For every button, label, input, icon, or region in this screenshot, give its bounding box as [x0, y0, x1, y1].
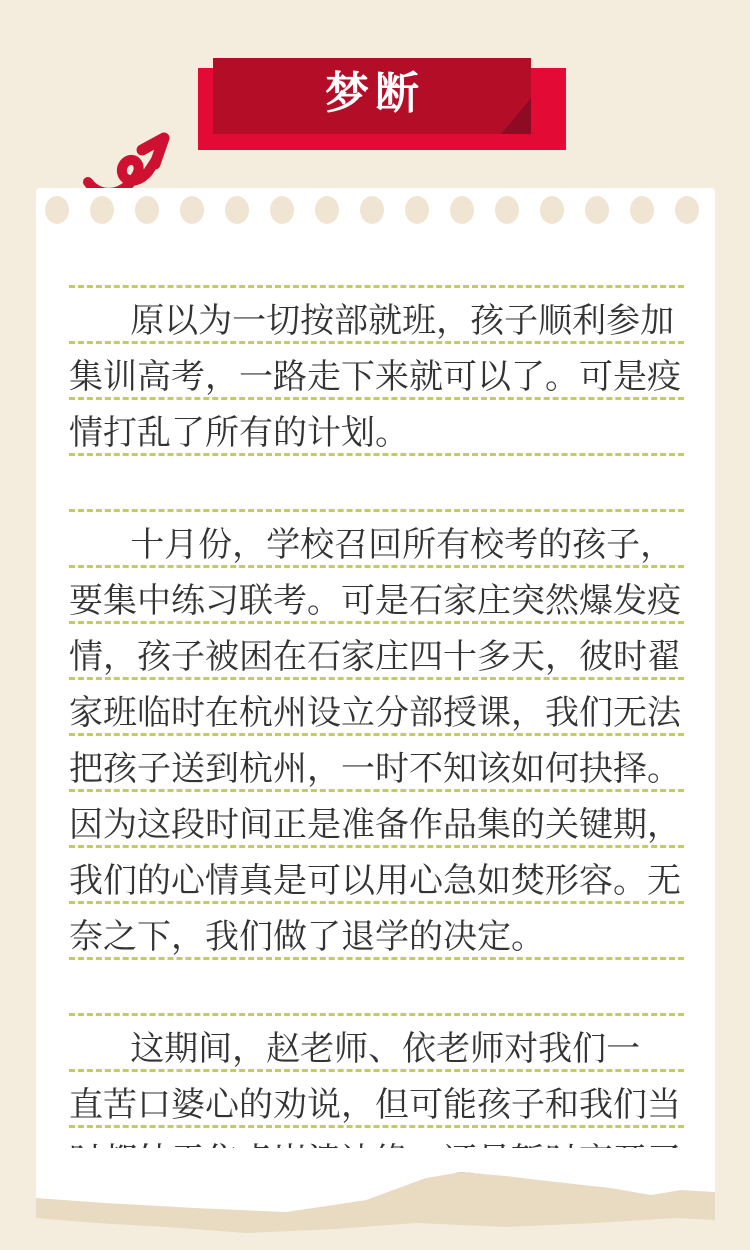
punch-hole — [630, 196, 654, 224]
punch-hole — [675, 196, 699, 224]
section-title: 梦断 — [319, 72, 425, 120]
blank-line — [69, 960, 684, 1016]
text-line: 情打乱了所有的计划。 — [69, 400, 684, 456]
punch-hole — [450, 196, 474, 224]
punch-hole — [315, 196, 339, 224]
article-body: 原以为一切按部就班，孩子顺利参加 集训高考，一路走下来就可以了。可是疫 情打乱了… — [69, 285, 684, 1184]
text-line: 把孩子送到杭州，一时不知该如何抉择。 — [69, 736, 684, 792]
text-line: 集训高考，一路走下来就可以了。可是疫 — [69, 344, 684, 400]
punch-hole — [135, 196, 159, 224]
punch-hole — [90, 196, 114, 224]
text-line: 要集中练习联考。可是石家庄突然爆发疫 — [69, 568, 684, 624]
punch-hole — [585, 196, 609, 224]
punch-hole — [495, 196, 519, 224]
article-page: 梦断 原以为一切按部就班，孩子顺利参加 — [0, 0, 750, 1250]
punch-hole — [180, 196, 204, 224]
text-line: 这期间，赵老师、依老师对我们一 — [69, 1016, 684, 1072]
blank-line — [69, 456, 684, 512]
text-line: 奈之下，我们做了退学的决定。 — [69, 904, 684, 960]
punch-hole — [360, 196, 384, 224]
notepad-punch-holes — [45, 196, 699, 224]
text-line: 十月份，学校召回所有校考的孩子， — [69, 512, 684, 568]
notepad-card: 原以为一切按部就班，孩子顺利参加 集训高考，一路走下来就可以了。可是疫 情打乱了… — [36, 188, 715, 1150]
text-line: 因为这段时间正是准备作品集的关键期， — [69, 792, 684, 848]
text-line: 我们的心情真是可以用心急如焚形容。无 — [69, 848, 684, 904]
punch-hole — [225, 196, 249, 224]
text-line: 原以为一切按部就班，孩子顺利参加 — [69, 288, 684, 344]
punch-hole — [270, 196, 294, 224]
punch-hole — [405, 196, 429, 224]
text-line: 直苦口婆心的劝说，但可能孩子和我们当 — [69, 1072, 684, 1128]
punch-hole — [45, 196, 69, 224]
punch-hole — [540, 196, 564, 224]
text-line: 情，孩子被困在石家庄四十多天，彼时翟 — [69, 624, 684, 680]
text-line: 家班临时在杭州设立分部授课，我们无法 — [69, 680, 684, 736]
banner-ribbon-front: 梦断 — [213, 58, 531, 134]
torn-paper-edge — [36, 1148, 715, 1250]
